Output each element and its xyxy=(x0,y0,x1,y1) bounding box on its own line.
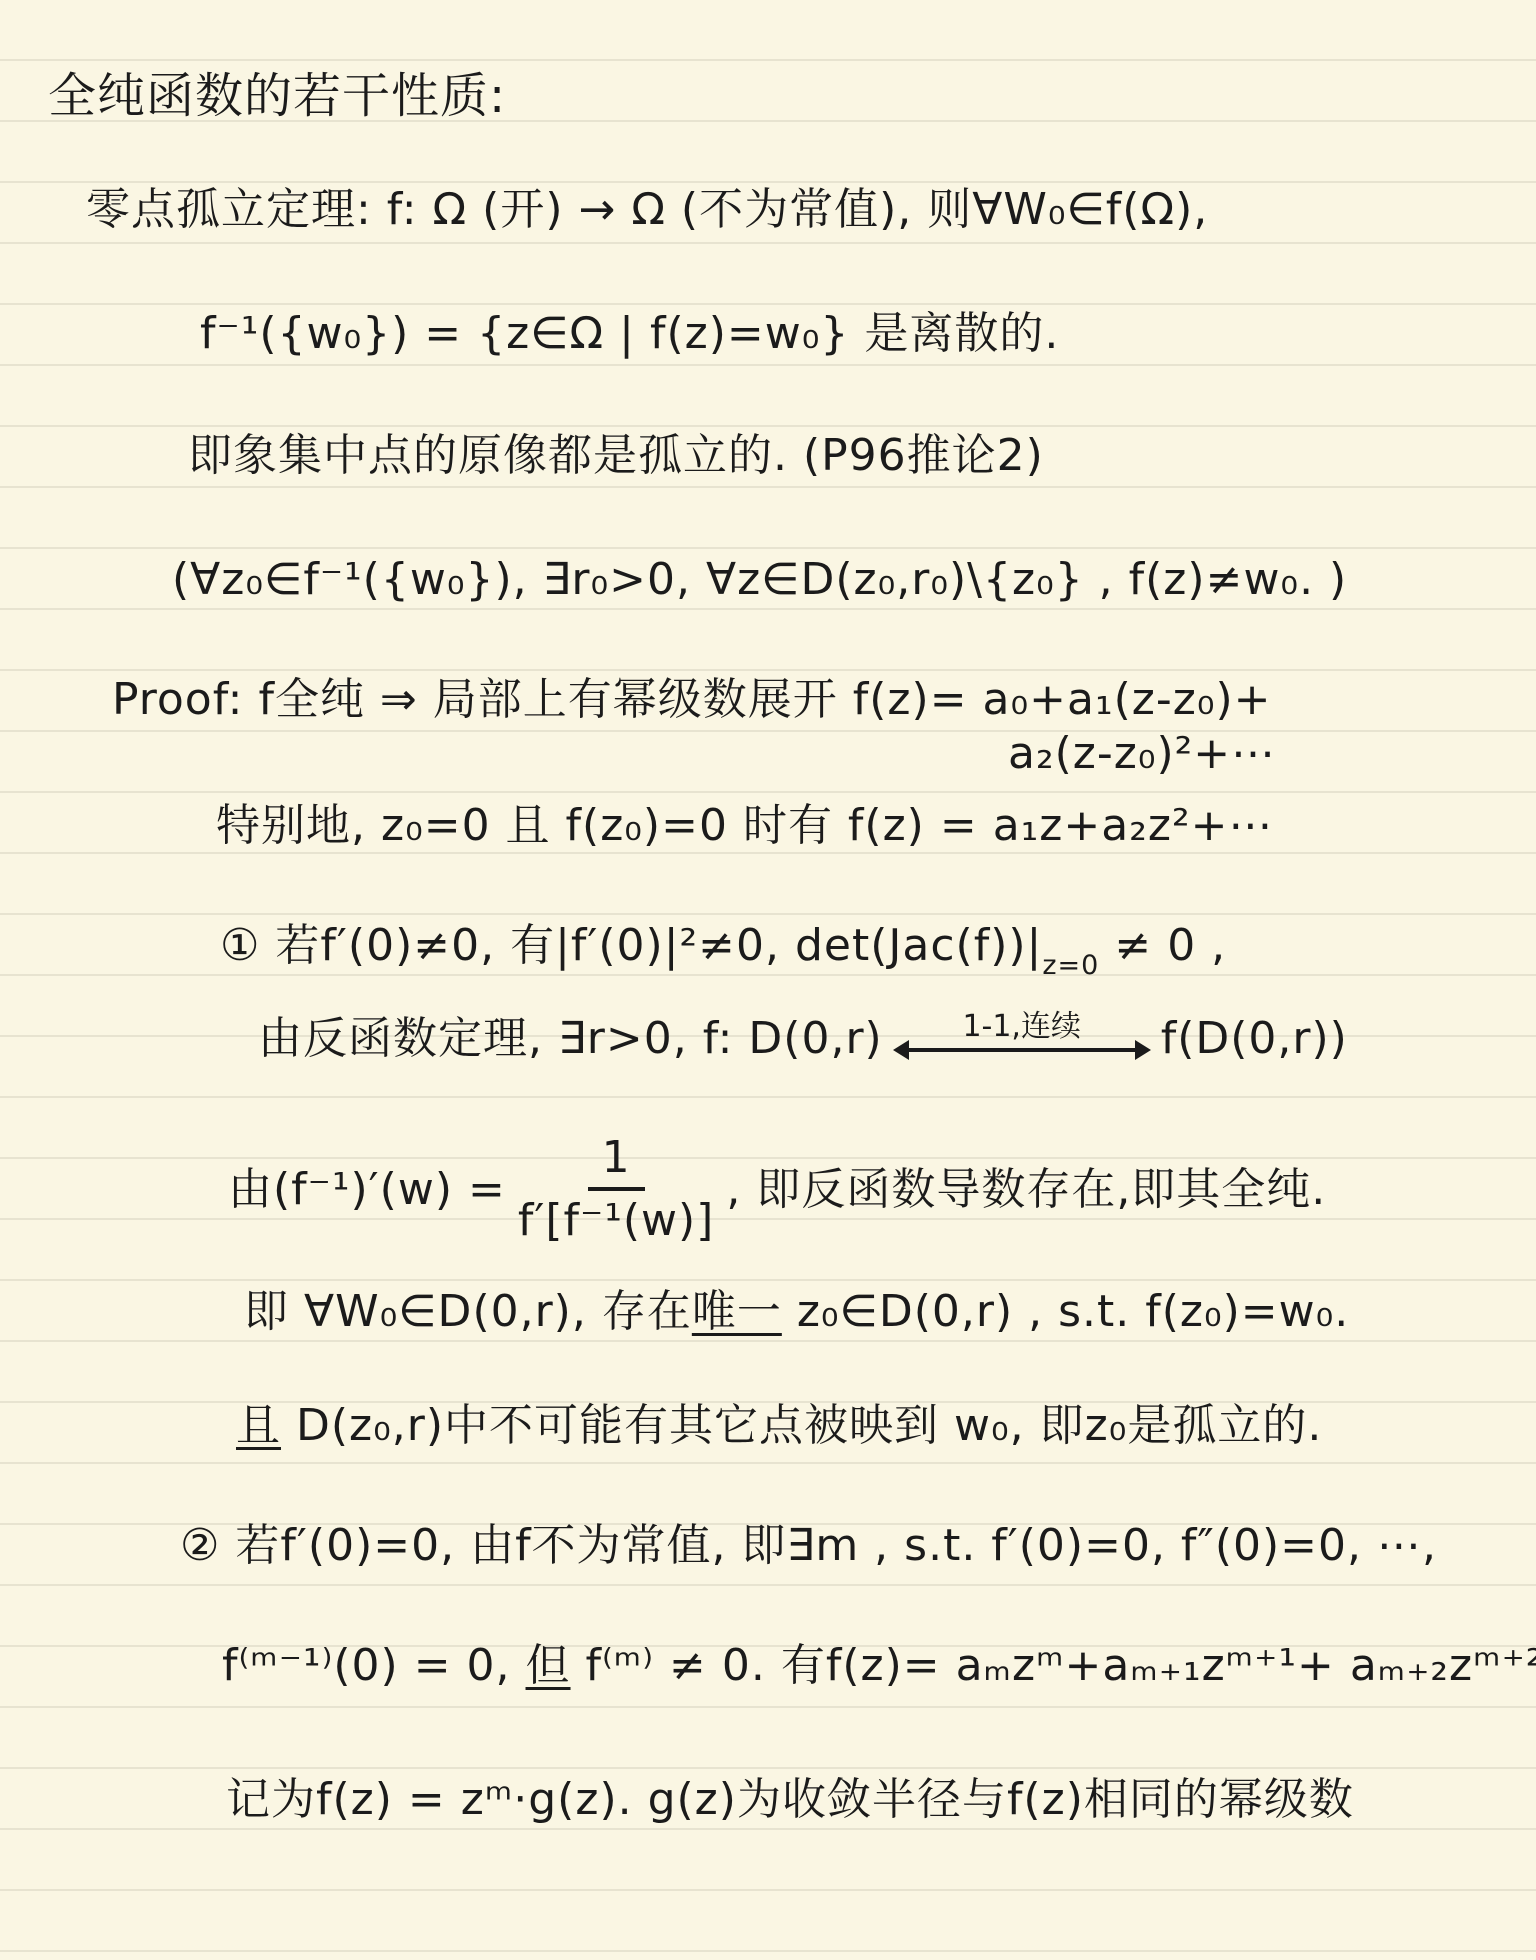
case1-head-line: ① 若f′(0)≠0, 有|f′(0)|²≠0, det(Jac(f))|z=0… xyxy=(220,918,1226,983)
uniqueness-post: z₀∈D(0,r) , s.t. f(z₀)=w₀. xyxy=(782,1286,1349,1337)
proof-expansion-continuation: a₂(z-z₀)²+⋯ xyxy=(1008,726,1276,781)
case2-series-pre: f⁽ᵐ⁻¹⁾(0) = 0, xyxy=(222,1640,526,1691)
bijection-arrow: 1-1,连续 xyxy=(897,1008,1147,1066)
inverse-theorem-pre: 由反函数定理, ∃r>0, f: D(0,r) xyxy=(258,1011,883,1066)
special-case-line: 特别地, z₀=0 且 f(z₀)=0 时有 f(z) = a₁z+a₂z²+⋯ xyxy=(216,798,1273,853)
fraction-numerator: 1 xyxy=(588,1130,645,1191)
case1-inverse-theorem-line: 由反函数定理, ∃r>0, f: D(0,r) 1-1,连续 f(D(0,r)) xyxy=(258,1008,1348,1066)
proof-expansion-line: Proof: f全纯 ⇒ 局部上有幂级数展开 f(z)= a₀+a₁(z-z₀)… xyxy=(112,672,1272,727)
case1-head-subscript: z=0 xyxy=(1042,950,1099,981)
isolated-underlined: 且 xyxy=(236,1400,281,1451)
preimage-set-line: f⁻¹({w₀}) = {z∈Ω | f(z)=w₀} 是离散的. xyxy=(200,306,1059,361)
fraction-denominator: f′[f⁻¹(w)] xyxy=(518,1191,714,1248)
double-arrow-icon xyxy=(897,1048,1147,1052)
fraction: 1 f′[f⁻¹(w)] xyxy=(518,1130,714,1248)
uniqueness-pre: 即 ∀W₀∈D(0,r), 存在 xyxy=(244,1286,692,1337)
remark-line: 即象集中点的原像都是孤立的. (P96推论2) xyxy=(188,428,1044,483)
case1-isolated-line: 且 D(z₀,r)中不可能有其它点被映到 w₀, 即z₀是孤立的. xyxy=(236,1398,1322,1453)
case1-derivative-line: 由(f⁻¹)′(w) = 1 f′[f⁻¹(w)] , 即反函数导数存在,即其全… xyxy=(228,1130,1326,1248)
isolated-post: D(z₀,r)中不可能有其它点被映到 w₀, 即z₀是孤立的. xyxy=(281,1400,1322,1451)
theorem-statement-line: 零点孤立定理: f: Ω (开) → Ω (不为常值), 则∀W₀∈f(Ω), xyxy=(86,182,1208,237)
case2-series-post: f⁽ᵐ⁾ ≠ 0. 有f(z)= aₘzᵐ+aₘ₊₁zᵐ⁺¹+ aₘ₊₂zᵐ⁺²… xyxy=(571,1640,1536,1691)
case1-uniqueness-line: 即 ∀W₀∈D(0,r), 存在唯一 z₀∈D(0,r) , s.t. f(z₀… xyxy=(244,1284,1349,1339)
case2-final-line: 记为f(z) = zᵐ·g(z). g(z)为收敛半径与f(z)相同的幂级数 xyxy=(226,1772,1354,1827)
derivative-post: , 即反函数导数存在,即其全纯. xyxy=(726,1162,1326,1217)
case2-series-line: f⁽ᵐ⁻¹⁾(0) = 0, 但 f⁽ᵐ⁾ ≠ 0. 有f(z)= aₘzᵐ+a… xyxy=(222,1638,1536,1693)
notebook-page: 全纯函数的若干性质: 零点孤立定理: f: Ω (开) → Ω (不为常值), … xyxy=(0,0,1536,1960)
derivative-pre: 由(f⁻¹)′(w) = xyxy=(228,1162,506,1217)
case2-series-underlined: 但 xyxy=(526,1640,571,1691)
formal-definition-line: (∀z₀∈f⁻¹({w₀}), ∃r₀>0, ∀z∈D(z₀,r₀)\{z₀} … xyxy=(172,552,1347,607)
inverse-theorem-post: f(D(0,r)) xyxy=(1161,1011,1348,1066)
case2-head-line: ② 若f′(0)=0, 由f不为常值, 即∃m , s.t. f′(0)=0, … xyxy=(180,1518,1437,1573)
uniqueness-underlined: 唯一 xyxy=(692,1286,782,1337)
page-title: 全纯函数的若干性质: xyxy=(48,66,506,126)
case1-head-pre: ① 若f′(0)≠0, 有|f′(0)|²≠0, det(Jac(f))| xyxy=(220,920,1042,971)
bijection-arrow-label: 1-1,连续 xyxy=(962,1008,1081,1046)
case1-head-post: ≠ 0 , xyxy=(1099,920,1226,971)
